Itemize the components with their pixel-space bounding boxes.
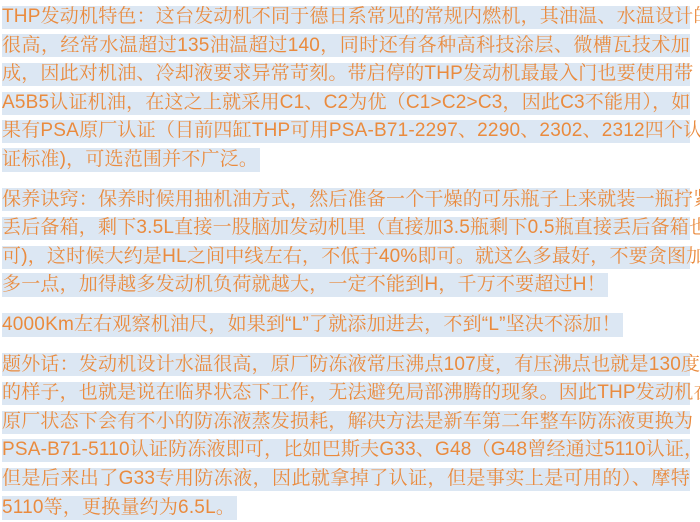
text-line: 证标准)，可选范围并不广泛。 [2, 146, 690, 175]
text-line: 原厂状态下会有不小的防冻液蒸发损耗，解决方法是新车第二年整车防冻液更换为 [2, 408, 690, 437]
highlighted-text: 多一点，加得越多发动机负荷就越大，一定不能到H，千万不要超过H！ [2, 273, 608, 297]
highlighted-text: 证标准)，可选范围并不广泛。 [2, 148, 260, 172]
text-line: 5110等，更换量约为6.5L。 [2, 494, 690, 522]
text-line: A5B5认证机油，在这之上就采用C1、C2为优（C1>C2>C3，因此C3不能用… [2, 89, 690, 118]
text-line: THP发动机特色：这台发动机不同于德日系常见的常规内燃机，其油温、水温设计的 [2, 3, 690, 32]
text-line: 可)，这时候大约是HL之间中线左右，不低于40%即可。就这么多最好，不要贪图加 [2, 243, 690, 272]
highlighted-text: 4000Km左右观察机油尺，如果到“L”了就添加进去，不到“L”坚决不添加！ [2, 313, 623, 337]
text-line: 保养诀窍：保养时候用抽机油方式，然后准备一个干燥的可乐瓶子上来就装一瓶拧紧 [2, 186, 690, 215]
document: THP发动机特色：这台发动机不同于德日系常见的常规内燃机，其油温、水温设计的 很… [0, 0, 700, 522]
text-line: 题外话：发动机设计水温很高，原厂防冻液常压沸点107度，有压沸点也就是130度 [2, 351, 690, 380]
highlighted-text: 5110等，更换量约为6.5L。 [2, 496, 237, 520]
paragraph-maintenance-tips: 保养诀窍：保养时候用抽机油方式，然后准备一个干燥的可乐瓶子上来就装一瓶拧紧 丢后… [2, 186, 690, 300]
text-line: 丢后备箱，剩下3.5L直接一股脑加发动机里（直接加3.5瓶剩下0.5瓶直接丢后备… [2, 214, 690, 243]
text-line: 的样子，也就是说在临界状态下工作，无法避免局部沸腾的现象。因此THP发动机在 [2, 379, 690, 408]
text-line: 果有PSA原厂认证（目前四缸THP可用PSA-B71-2297、2290、230… [2, 117, 690, 146]
text-line: 但是后来出了G33专用防冻液，因此就拿掉了认证，但是事实上是可用的）、摩特 [2, 465, 690, 494]
text-line: 很高，经常水温超过135油温超过140，同时还有各种高科技涂层、微槽瓦技术加 [2, 32, 690, 61]
paragraph-coolant-note: 题外话：发动机设计水温很高，原厂防冻液常压沸点107度，有压沸点也就是130度 … [2, 351, 690, 522]
text-line: 成，因此对机油、冷却液要求异常苛刻。带启停的THP发动机最最入门也要使用带 [2, 60, 690, 89]
text-line: PSA-B71-5110认证防冻液即可，比如巴斯夫G33、G48（G48曾经通过… [2, 436, 690, 465]
text-line: 4000Km左右观察机油尺，如果到“L”了就添加进去，不到“L”坚决不添加！ [2, 311, 690, 340]
text-line: 多一点，加得越多发动机负荷就越大，一定不能到H，千万不要超过H！ [2, 271, 690, 300]
paragraph-oil-check: 4000Km左右观察机油尺，如果到“L”了就添加进去，不到“L”坚决不添加！ [2, 311, 690, 340]
paragraph-thp-features: THP发动机特色：这台发动机不同于德日系常见的常规内燃机，其油温、水温设计的 很… [2, 3, 690, 175]
